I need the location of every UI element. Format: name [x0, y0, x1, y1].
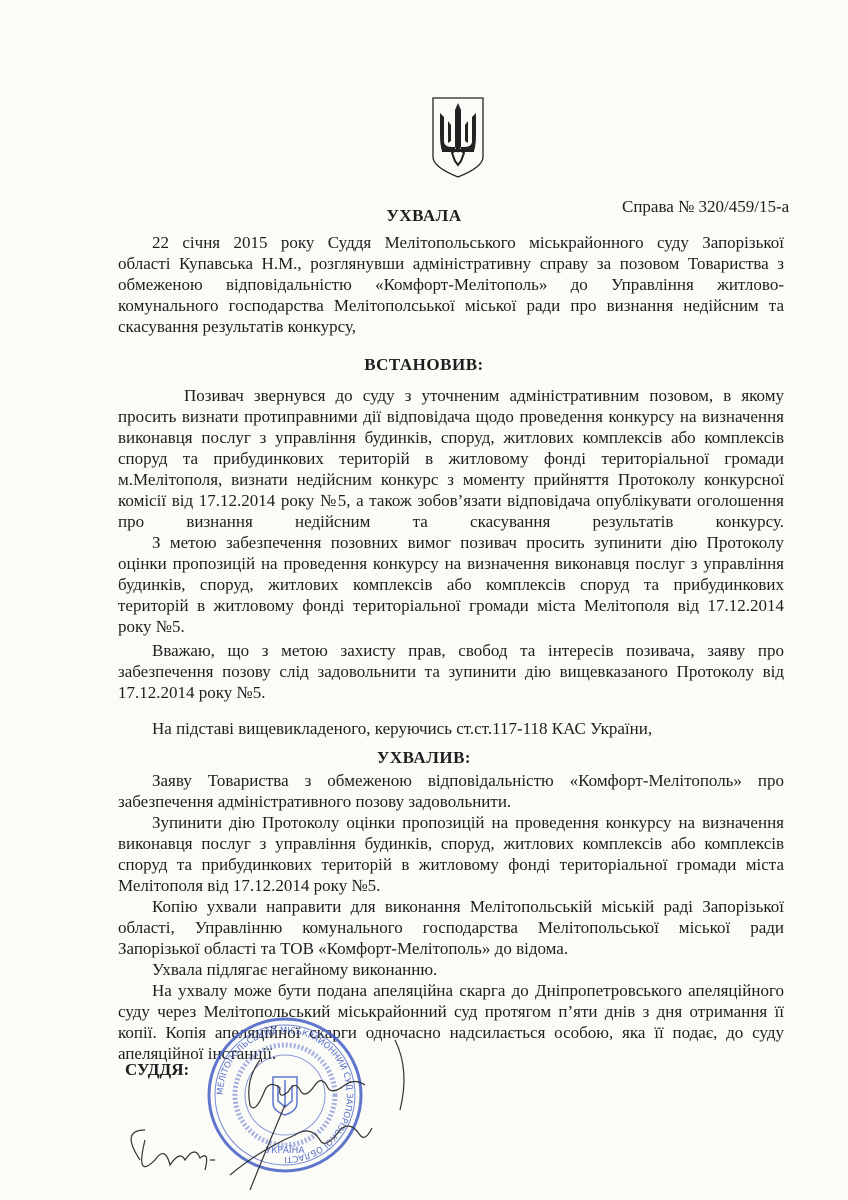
section-heading-decided: УХВАЛИВ: — [0, 748, 848, 768]
text-line: На ухвалу може бути подана апеляційна ск… — [118, 980, 784, 1001]
coat-of-arms-icon — [430, 95, 486, 180]
document-page: Справа № 320/459/15-а УХВАЛА 22 січня 20… — [0, 0, 848, 1200]
text-line: Ухвала підлягає негайному виконанню. — [118, 959, 784, 980]
text-line: області, Управлінню комунального господа… — [118, 917, 784, 938]
text-line: Позивач звернувся до суду з уточненим ад… — [118, 385, 784, 406]
text-line: Зупинити дію Протоколу оцінки пропозицій… — [118, 812, 784, 833]
text-line: територій в житловому фонді територіальн… — [118, 595, 784, 616]
text-line: м.Мелітополя, визнати недійсним конкурс … — [118, 469, 784, 490]
text-line: Заяву Товариства з обмеженою відповідаль… — [118, 770, 784, 791]
text-line: 17.12.2014 року №5. — [118, 682, 784, 703]
text-line: оцінки пропозицій на проведення конкурсу… — [118, 553, 784, 574]
text-line: Вважаю, що з метою захисту прав, свобод … — [118, 640, 784, 661]
text-line: забезпечення позову слід задовольнити та… — [118, 661, 784, 682]
text-line: Копію ухвали направити для виконання Мел… — [118, 896, 784, 917]
text-line: споруд та прибудинкових територій в житл… — [118, 854, 784, 875]
text-line: скасування результатів конкурсу, — [118, 316, 784, 337]
text-line: 22 січня 2015 року Суддя Мелітопольськог… — [118, 232, 784, 253]
section-heading-established: ВСТАНОВИВ: — [0, 355, 848, 375]
text-line: комісії від 17.12.2014 року №5, а також … — [118, 490, 784, 511]
text-line: забезпечення адміністративного позову за… — [118, 791, 784, 812]
text-line: області Купавська Н.М., розглянувши адмі… — [118, 253, 784, 274]
text-line: На підставі вищевикладеного, керуючись с… — [118, 718, 784, 739]
text-line: просить визнати протиправними дії відпов… — [118, 406, 784, 427]
text-line: З метою забезпечення позовних вимог пози… — [118, 532, 784, 553]
text-line: виконавця послуг з управління будинків, … — [118, 833, 784, 854]
text-line: року №5. — [118, 616, 784, 637]
text-line: споруд та прибудинкових територій в житл… — [118, 448, 784, 469]
text-line: Мелітополя від 17.12.2014 року №5. — [118, 875, 784, 896]
text-line: будинків, споруд, житлових комплексів аб… — [118, 574, 784, 595]
text-line: про визнання недійсним та скасування рез… — [118, 511, 784, 532]
handwritten-signature — [110, 1030, 470, 1200]
document-title: УХВАЛА — [0, 206, 848, 226]
text-line: комунального господарства Мелітополсьько… — [118, 295, 784, 316]
text-line: Запорізької області та ТОВ «Комфорт-Мелі… — [118, 938, 784, 959]
text-line: виконавця послуг з управління будинків, … — [118, 427, 784, 448]
text-line: обмеженою відповідальністю «Комфорт-Мелі… — [118, 274, 784, 295]
